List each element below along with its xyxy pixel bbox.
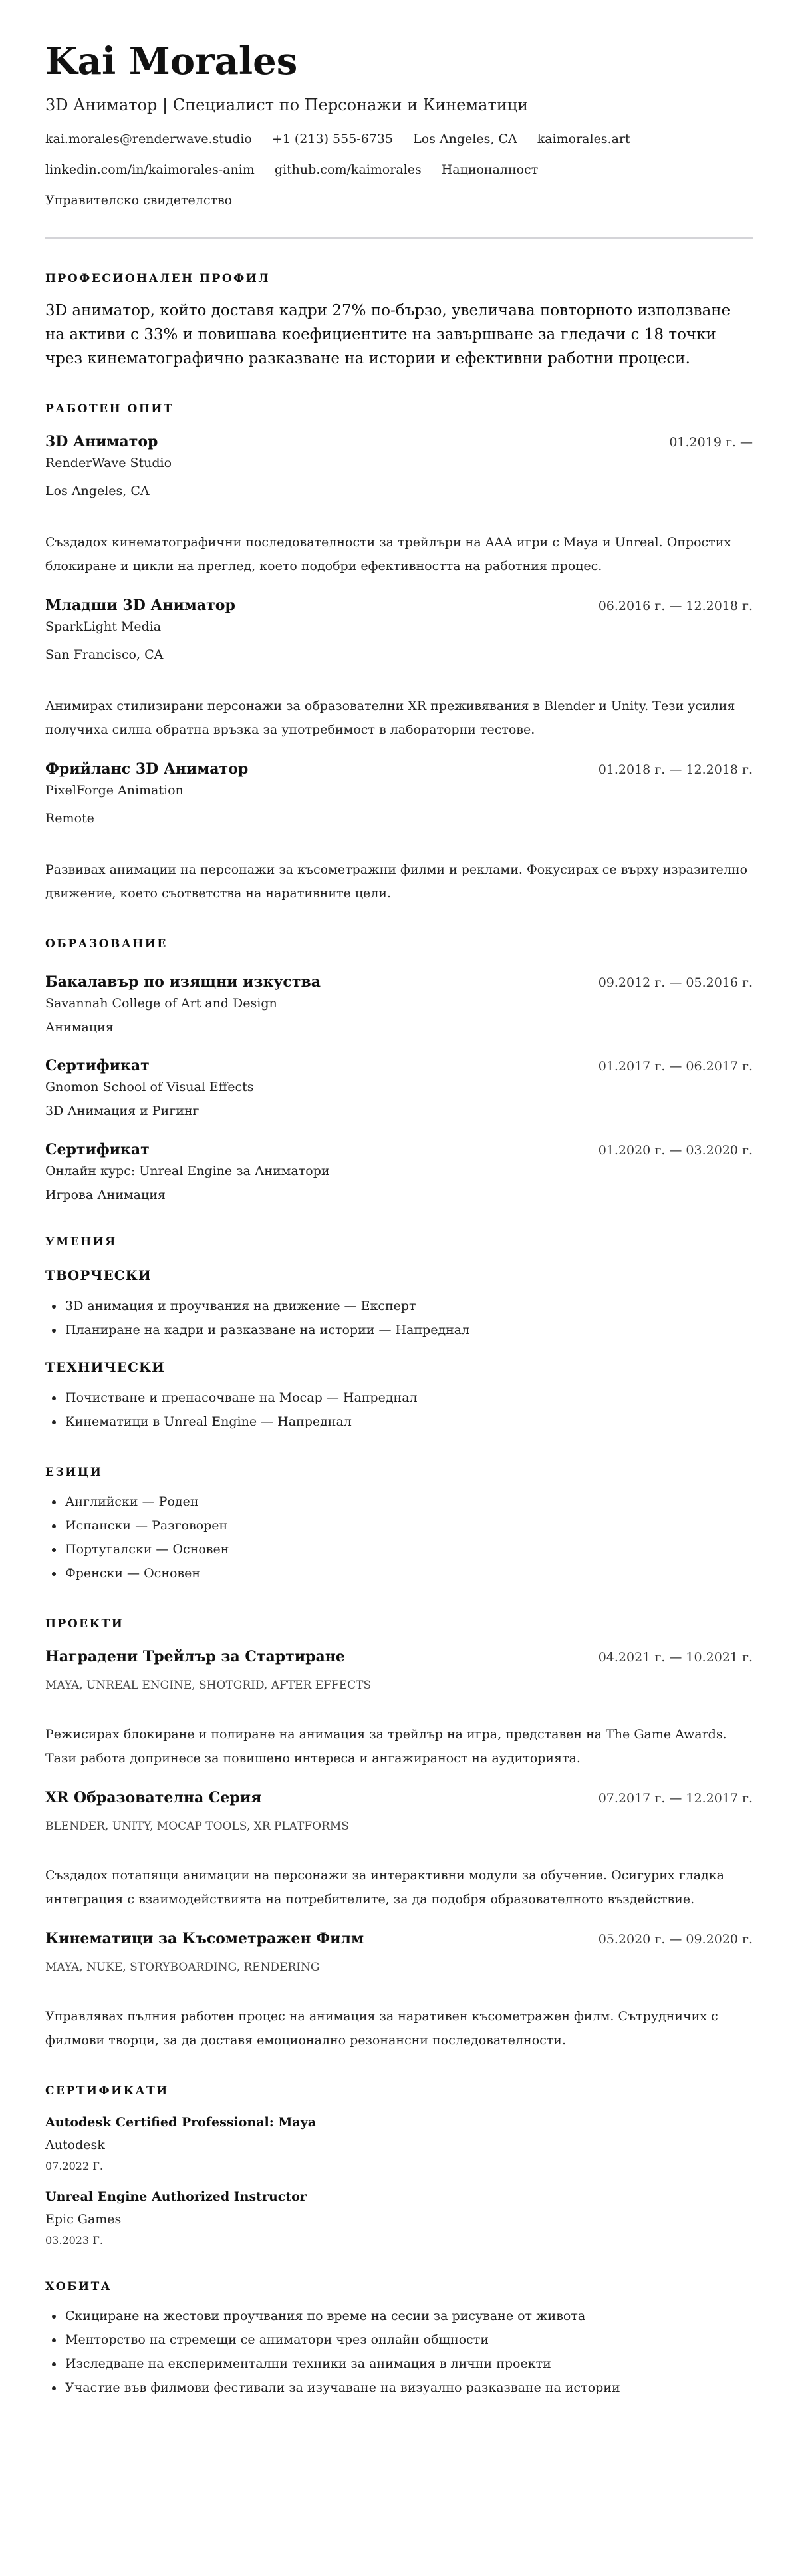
institution-name: Savannah College of Art and Design bbox=[45, 995, 753, 1012]
hobby-item: Участие във филмови фестивали за изучава… bbox=[64, 2376, 753, 2400]
profile-section: Професионален профил 3D аниматор, който … bbox=[45, 271, 753, 371]
section-title: Работен опит bbox=[45, 401, 753, 417]
job-location: San Francisco, CA bbox=[45, 646, 753, 663]
entry-header: Сертификат01.2020 г. — 03.2020 г. bbox=[45, 1140, 753, 1160]
degree-title: Бакалавър по изящни изкуства bbox=[45, 972, 321, 992]
phone-number[interactable]: +1 (213) 555-6735 bbox=[272, 130, 393, 148]
projects-list: Наградени Трейлър за Стартиране04.2021 г… bbox=[45, 1647, 753, 2052]
location: Los Angeles, CA bbox=[413, 130, 517, 148]
project-entry: Наградени Трейлър за Стартиране04.2021 г… bbox=[45, 1647, 753, 1770]
hobbies-list: Скициране на жестови проучвания по време… bbox=[45, 2304, 753, 2400]
entry-header: 3D Аниматор01.2019 г. — bbox=[45, 432, 753, 452]
contact-row-links: linkedin.com/in/kaimorales-anim github.c… bbox=[45, 161, 753, 178]
skill-list: Почистване и пренасочване на Mocap — Нап… bbox=[45, 1386, 753, 1434]
experience-section: Работен опит 3D Аниматор01.2019 г. —Rend… bbox=[45, 401, 753, 905]
skill-item: 3D анимация и проучвания на движение — Е… bbox=[64, 1294, 753, 1318]
section-title: Сертификати bbox=[45, 2083, 753, 2099]
education-dates: 01.2020 г. — 03.2020 г. bbox=[598, 1142, 753, 1159]
project-dates: 05.2020 г. — 09.2020 г. bbox=[598, 1931, 753, 1948]
email-link[interactable]: kai.morales@renderwave.studio bbox=[45, 130, 252, 148]
entry-header: Сертификат01.2017 г. — 06.2017 г. bbox=[45, 1056, 753, 1076]
job-dates: 06.2016 г. — 12.2018 г. bbox=[598, 597, 753, 615]
education-section: Образование Бакалавър по изящни изкуства… bbox=[45, 936, 753, 1204]
job-dates: 01.2018 г. — 12.2018 г. bbox=[598, 761, 753, 778]
website-link[interactable]: kaimorales.art bbox=[537, 130, 630, 148]
hobby-item: Скициране на жестови проучвания по време… bbox=[64, 2304, 753, 2328]
certificate-date: 03.2023 г. bbox=[45, 2233, 753, 2248]
entry-header: Наградени Трейлър за Стартиране04.2021 г… bbox=[45, 1647, 753, 1667]
job-location: Remote bbox=[45, 810, 753, 827]
project-tags: Blender, Unity, Mocap Tools, XR Platform… bbox=[45, 1818, 753, 1834]
hobby-item: Изследване на експериментални техники за… bbox=[64, 2352, 753, 2376]
section-title: Умения bbox=[45, 1234, 753, 1250]
field-of-study: Игрова Анимация bbox=[45, 1186, 753, 1204]
degree-title: Сертификат bbox=[45, 1140, 150, 1160]
job-title: Младши 3D Аниматор bbox=[45, 595, 235, 615]
institution-name: Онлайн курс: Unreal Engine за Аниматори bbox=[45, 1162, 753, 1180]
language-item: Португалски — Основен bbox=[64, 1537, 753, 1561]
driving-license: Управителско свидетелство bbox=[45, 192, 232, 209]
profile-summary: 3D аниматор, който доставя кадри 27% по-… bbox=[45, 299, 753, 371]
job-dates: 01.2019 г. — bbox=[669, 434, 753, 451]
section-title: Хобита bbox=[45, 2279, 753, 2295]
experience-entry: 3D Аниматор01.2019 г. —RenderWave Studio… bbox=[45, 432, 753, 578]
project-name: Наградени Трейлър за Стартиране bbox=[45, 1647, 345, 1667]
field-of-study: 3D Анимация и Ригинг bbox=[45, 1102, 753, 1120]
project-description: Създадох потапящи анимации на персонажи … bbox=[45, 1863, 753, 1911]
project-entry: Кинематици за Късометражен Филм05.2020 г… bbox=[45, 1929, 753, 2052]
experience-entry: Младши 3D Аниматор06.2016 г. — 12.2018 г… bbox=[45, 595, 753, 742]
education-dates: 01.2017 г. — 06.2017 г. bbox=[598, 1058, 753, 1075]
language-item: Испански — Разговорен bbox=[64, 1514, 753, 1537]
section-title: Професионален профил bbox=[45, 271, 753, 287]
job-description: Развивах анимации на персонажи за късоме… bbox=[45, 858, 753, 905]
project-tags: Maya, Unreal Engine, ShotGrid, After Eff… bbox=[45, 1677, 753, 1693]
institution-name: Gnomon School of Visual Effects bbox=[45, 1078, 753, 1096]
experience-entry: Фрийланс 3D Аниматор01.2018 г. — 12.2018… bbox=[45, 759, 753, 905]
skills-list: ТВОРЧЕСКИ3D анимация и проучвания на дви… bbox=[45, 1266, 753, 1434]
certificate-name: Unreal Engine Authorized Instructor bbox=[45, 2188, 753, 2205]
certificates-section: Сертификати Autodesk Certified Professio… bbox=[45, 2083, 753, 2248]
job-description: Анимирах стилизирани персонажи за образо… bbox=[45, 694, 753, 742]
hobbies-section: Хобита Скициране на жестови проучвания п… bbox=[45, 2279, 753, 2400]
experience-list: 3D Аниматор01.2019 г. —RenderWave Studio… bbox=[45, 432, 753, 905]
entry-header: Младши 3D Аниматор06.2016 г. — 12.2018 г… bbox=[45, 595, 753, 615]
certificate-entry: Unreal Engine Authorized InstructorEpic … bbox=[45, 2188, 753, 2248]
education-dates: 09.2012 г. — 05.2016 г. bbox=[598, 974, 753, 991]
section-title: Езици bbox=[45, 1464, 753, 1480]
certificate-date: 07.2022 г. bbox=[45, 2159, 753, 2173]
job-location: Los Angeles, CA bbox=[45, 482, 753, 500]
education-entry: Сертификат01.2020 г. — 03.2020 г.Онлайн … bbox=[45, 1140, 753, 1204]
project-description: Управлявах пълния работен процес на аним… bbox=[45, 2005, 753, 2052]
language-item: Френски — Основен bbox=[64, 1561, 753, 1585]
project-dates: 04.2021 г. — 10.2021 г. bbox=[598, 1649, 753, 1666]
company-name: PixelForge Animation bbox=[45, 782, 753, 799]
resume-page: Kai Morales 3D Аниматор | Специалист по … bbox=[0, 0, 798, 2426]
project-name: XR Образователна Серия bbox=[45, 1788, 261, 1808]
education-entry: Сертификат01.2017 г. — 06.2017 г.Gnomon … bbox=[45, 1056, 753, 1120]
project-description: Режисирах блокиране и полиране на анимац… bbox=[45, 1722, 753, 1770]
degree-title: Сертификат bbox=[45, 1056, 150, 1076]
linkedin-link[interactable]: linkedin.com/in/kaimorales-anim bbox=[45, 161, 255, 178]
certificate-entry: Autodesk Certified Professional: MayaAut… bbox=[45, 2114, 753, 2173]
hobby-item: Менторство на стремещи се аниматори чрез… bbox=[64, 2328, 753, 2352]
certificate-issuer: Epic Games bbox=[45, 2211, 753, 2228]
headline: 3D Аниматор | Специалист по Персонажи и … bbox=[45, 94, 753, 116]
resume-header: Kai Morales 3D Аниматор | Специалист по … bbox=[45, 37, 753, 239]
skill-item: Планиране на кадри и разказване на истор… bbox=[64, 1318, 753, 1342]
skill-list: 3D анимация и проучвания на движение — Е… bbox=[45, 1294, 753, 1342]
job-title: 3D Аниматор bbox=[45, 432, 158, 452]
nationality: Националност bbox=[442, 161, 539, 178]
certificate-name: Autodesk Certified Professional: Maya bbox=[45, 2114, 753, 2131]
education-list: Бакалавър по изящни изкуства09.2012 г. —… bbox=[45, 972, 753, 1204]
project-tags: Maya, Nuke, Storyboarding, Rendering bbox=[45, 1959, 753, 1975]
entry-header: Кинематици за Късометражен Филм05.2020 г… bbox=[45, 1929, 753, 1949]
skills-section: Умения ТВОРЧЕСКИ3D анимация и проучвания… bbox=[45, 1234, 753, 1434]
certificate-issuer: Autodesk bbox=[45, 2136, 753, 2154]
company-name: RenderWave Studio bbox=[45, 454, 753, 472]
skill-group-title: ТЕХНИЧЕСКИ bbox=[45, 1358, 753, 1376]
projects-section: Проекти Наградени Трейлър за Стартиране0… bbox=[45, 1616, 753, 2052]
entry-header: XR Образователна Серия07.2017 г. — 12.20… bbox=[45, 1788, 753, 1808]
skill-group-title: ТВОРЧЕСКИ bbox=[45, 1266, 753, 1285]
contact-row: kai.morales@renderwave.studio +1 (213) 5… bbox=[45, 130, 753, 148]
project-name: Кинематици за Късометражен Филм bbox=[45, 1929, 364, 1949]
entry-header: Бакалавър по изящни изкуства09.2012 г. —… bbox=[45, 972, 753, 992]
project-dates: 07.2017 г. — 12.2017 г. bbox=[598, 1790, 753, 1807]
languages-list: Английски — РоденИспански — РазговоренПо… bbox=[45, 1490, 753, 1585]
certificates-list: Autodesk Certified Professional: MayaAut… bbox=[45, 2114, 753, 2248]
job-title: Фрийланс 3D Аниматор bbox=[45, 759, 248, 779]
skill-item: Кинематици в Unreal Engine — Напреднал bbox=[64, 1410, 753, 1434]
section-title: Проекти bbox=[45, 1616, 753, 1632]
education-entry: Бакалавър по изящни изкуства09.2012 г. —… bbox=[45, 972, 753, 1036]
header-divider bbox=[45, 237, 753, 239]
github-link[interactable]: github.com/kaimorales bbox=[275, 161, 422, 178]
job-description: Създадох кинематографични последователно… bbox=[45, 530, 753, 578]
project-entry: XR Образователна Серия07.2017 г. — 12.20… bbox=[45, 1788, 753, 1911]
language-item: Английски — Роден bbox=[64, 1490, 753, 1514]
field-of-study: Анимация bbox=[45, 1019, 753, 1036]
entry-header: Фрийланс 3D Аниматор01.2018 г. — 12.2018… bbox=[45, 759, 753, 779]
section-title: Образование bbox=[45, 936, 753, 952]
skill-item: Почистване и пренасочване на Mocap — Нап… bbox=[64, 1386, 753, 1410]
languages-section: Езици Английски — РоденИспански — Разгов… bbox=[45, 1464, 753, 1585]
candidate-name: Kai Morales bbox=[45, 37, 753, 85]
contact-row-extra: Управителско свидетелство bbox=[45, 192, 753, 209]
company-name: SparkLight Media bbox=[45, 618, 753, 635]
